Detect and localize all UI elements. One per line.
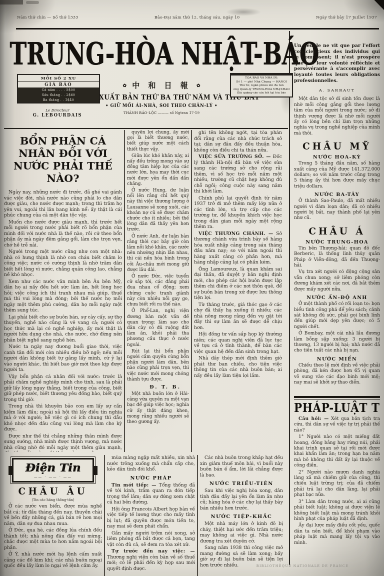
news-paragraph: Chiếu theo lệ mới định về việc phải phòn… <box>294 363 380 386</box>
publication-schedule: XUẤT BẢN THỨ BA THỨ NĂM VÀ THỨ BẢY <box>99 94 224 102</box>
newspaper-page: Năm thứ chín — Số thứ 1333 Bảo-Đại năm t… <box>0 0 384 576</box>
column-rule <box>191 130 192 452</box>
country-subhead-china: NƯỚC TRUNG-HOA <box>294 239 380 245</box>
news-column-2-after: Một nhà buôn lớn ở Hải-cảng vừa quyên ra… <box>127 391 189 425</box>
lunar-date: Bảo-Đại năm thứ 12, tháng sáu, ngày 10 <box>155 15 240 20</box>
lead-paragraph: Vậy bổn phận cá nhân đối với nước: trước… <box>4 374 122 403</box>
run-in-heading: VIỆC SỬA TRƯỜNG SỞ. — <box>199 154 271 160</box>
country-subhead-brazil: NƯỚC BA-TÂY <box>294 192 380 198</box>
sidebar-divider-rule <box>289 31 290 565</box>
column-rule <box>197 455 198 576</box>
edition-number: Năm thứ chín — Số thứ 1333 <box>17 15 78 20</box>
epigraph-signature: A. SARRAUT <box>294 88 380 93</box>
news-paragraph: VIỆC THƯƠNG CHÁNH. — Sở thương chánh vừa… <box>194 231 282 266</box>
news-paragraph: Hội ông Francois Albert họp bàn về việc … <box>107 506 195 529</box>
telegram-box-label: Điện Tin <box>14 461 93 475</box>
news-paragraph: Một nhà buôn lớn ở Hải-cảng vừa quyên ra… <box>127 391 189 425</box>
news-paragraph: Tin mới tiếp: — Tổng thống đã về tới kin… <box>107 482 195 505</box>
news-paragraph: ghi tên không ngớt, tại tòa phán đổi rằn… <box>194 130 282 153</box>
law-clause: Ấy đại lược mấy điều cốt yếu, quốc dân t… <box>294 523 380 546</box>
office-box-row: Giá quảng-cáo xin hỏi tại tòa báo <box>232 92 291 96</box>
law-heading: PHÁP-LUẬT TỰ TRỊ <box>294 401 380 415</box>
news-paragraph: Trong 5 tháng đầu năm, số hàng xuất cảng… <box>294 161 380 190</box>
news-paragraph: quyền lợi chung, ấy mới gọi là biết thươ… <box>127 130 189 152</box>
epigraph-translation: Một dân tộc sở dĩ sinh tồn được là nhờ m… <box>294 97 380 137</box>
lower-columns: Điện Tin —— · —— · —— CHÂU ÂU (Tin các h… <box>4 455 288 576</box>
country-subhead-burma: NƯỚC MIẾN <box>294 356 380 362</box>
lead-article-column: BỔN PHẬN CÁ NHÂN ĐỐI VỚI NƯỚC PHẢI THẾ N… <box>4 130 122 452</box>
news-paragraph: Ở các nước ven biển, được mùa nghề bắt c… <box>4 504 102 527</box>
news-paragraph-text: Đốc lý thành Hà-nội đã bàn về việc sửa s… <box>194 154 282 194</box>
country-subhead-czechoslovakia: NƯỚC TIỆP-KHẮC <box>200 514 283 520</box>
section-heading-asia: CHÂU Á <box>294 226 380 237</box>
news-paragraph-text: Hội đồng tư vấn sắp họp kỳ thường niên; … <box>194 332 282 355</box>
law-clauses: 1° Người nào có một miếng đất hoang, đồn… <box>294 435 380 546</box>
europe-note: (Tin các hãng thông-tấn) <box>4 498 102 502</box>
french-epigraph: Un peuple ne vit que par l'effort consci… <box>294 43 380 84</box>
news-paragraph: Từ tháng trước, giá thóc gạo ở các chợ đ… <box>194 302 282 331</box>
news-paragraph: mùa màng ngập mất nhiều, xin nhà nước tr… <box>107 455 195 472</box>
news-paragraph: Ở nước Hung, dư luận nổi lên rằng chỉ hế… <box>127 188 189 233</box>
price-box: MỖI SỐ 2 XU GIÁ BÁO Cả năm . . . . 5$00S… <box>17 74 100 104</box>
rosette-icon: ✿ <box>197 84 201 89</box>
sidebar: Un peuple ne vit que par l'effort consci… <box>294 33 380 576</box>
motto-line: • GIỮ MỐI ÁI-NHÀ, SOI THEO CHÂN-LÝ • <box>99 104 224 109</box>
lead-paragraph: Nước ta ngày nay đương buổi giao thời, v… <box>4 344 122 373</box>
lead-paragraph: Ngày nay, những nước đi trước, đã ghé va… <box>4 190 122 219</box>
burma-body: Chiếu theo lệ mới định về việc phải phòn… <box>294 363 380 386</box>
director-block: Le Directeur G. LEBOURDAIS <box>17 108 98 118</box>
masthead: TRUNG-HÒA NHẬT-BÁO MỖI SỐ 2 XU GIÁ BÁO C… <box>4 32 288 129</box>
czech-body: Một nhà máy lớn ở kinh đô bị cháy, thiệt… <box>200 521 283 568</box>
run-in-heading: Tin mới tiếp: — <box>112 482 157 488</box>
law-rule-thin <box>294 399 380 400</box>
law-intro: Câu hỏi: — Xét qua bản tịch tra cứu, thì… <box>294 417 380 434</box>
news-paragraph: Chính phủ lại quyết định từ năm 1937 trở… <box>194 195 282 230</box>
scan-artifact-corner <box>369 0 384 10</box>
scan-artifact-top-left-2 <box>26 1 39 4</box>
news-paragraph: Ở Đức, qua hè, các đồng lúa chính đều th… <box>4 528 102 551</box>
article-signature: Đ. T. B. <box>127 384 189 390</box>
brazil-body: Ở thành Sao-Paulo, đã mất nhiều người vì… <box>294 199 380 222</box>
france-body: Tin mới tiếp: — Tổng thống đã về tới kin… <box>107 482 195 571</box>
header-rule <box>16 28 379 30</box>
lead-headline-line2: NƯỚC PHẢI THẾ NÀO? <box>5 160 121 185</box>
news-paragraph: Hội đồng tư vấn sắp họp kỳ thường niên; … <box>194 332 282 355</box>
telegrams-column: Điện Tin —— · —— · —— CHÂU ÂU (Tin các h… <box>4 455 102 576</box>
telegram-box: Điện Tin —— · —— · —— <box>12 458 94 483</box>
newspaper-scan: Năm thứ chín — Số thứ 1333 Bảo-Đại năm t… <box>0 0 384 576</box>
lead-paragraph: Xem như các nước văn minh bên Âu bên Mỹ,… <box>4 279 122 314</box>
news-paragraph-text: Từ tháng trước, giá thóc gạo ở các chợ đ… <box>194 302 282 331</box>
news-paragraph: Ông Lamoureux, là quan khâm sai đại thần… <box>194 266 282 301</box>
address-line: THÀNH BÁO-LỘC ——— số Ngtran 17-19 <box>99 111 224 116</box>
newspaper-title: TRUNG-HÒA NHẬT-BÁO <box>10 36 283 72</box>
price-rows: Cả năm . . . . 5$00Sáu tháng . . 2$60Ba … <box>18 88 99 103</box>
news-paragraph: Sau khi việc nghị hòa xong, dân tình đâu… <box>200 488 283 511</box>
telegram-box-ornament: —— · —— · —— <box>14 475 93 479</box>
law-rule-thick <box>294 396 380 398</box>
run-in-heading: Tự trước đến nay việc: — <box>112 549 196 555</box>
law-question-label: Câu hỏi: — <box>299 417 329 422</box>
lead-article-body: Ngày nay, những nước đi trước, đã ghé va… <box>4 190 122 453</box>
masthead-center: ✿ 中 和 日 報 ✿ XUẤT BẢN THỨ BA THỨ NĂM VÀ T… <box>99 80 224 115</box>
price-row: Ba tháng . . 1$40 <box>18 98 99 103</box>
law-clause: 3° Làm dân trong nước, ai ai cũng phải b… <box>294 499 380 522</box>
chinese-title-text: 中 和 日 報 <box>132 81 191 90</box>
section-heading-europe: CHÂU ÂU <box>4 487 102 498</box>
upper-columns: BỔN PHẬN CÁ NHÂN ĐỐI VỚI NƯỚC PHẢI THẾ N… <box>4 130 288 452</box>
lead-paragraph: Lại phải biết cho sự buôn bán, sự cày cấ… <box>4 314 122 343</box>
country-subhead-france: NƯỚC PHÁP <box>107 475 195 481</box>
office-box: TÒA BÁO VÀ NHÀ IN:Số 1 — phố Nhà Chung —… <box>230 73 293 97</box>
lead-paragraph: Được như thế thì chẳng những thân mình đ… <box>4 433 122 452</box>
news-paragraph: Ở Phổ-Lan, nghị viện đương bàn một vấn đ… <box>127 309 189 348</box>
news-paragraph: Ở Bombay, một cái nhà lầu đương làm bỗng… <box>294 331 380 354</box>
news-paragraph: Gần mấy người trộm nói xong, sở liêm phó… <box>107 530 195 547</box>
director-name: G. LEBOURDAIS <box>17 113 98 118</box>
usa-body: Trong 5 tháng đầu năm, số hàng xuất cảng… <box>294 161 380 190</box>
news-paragraph-text: Hội ông Francois Albert họp bàn về việc … <box>107 506 195 529</box>
news-paragraph-text: Gần mấy người trộm nói xong, sở liêm phó… <box>107 530 195 547</box>
news-paragraph: Tin bên Thượng-hải: quan đô đốc Berberic… <box>294 246 380 269</box>
news-paragraph-text: Thương nghị viện còn bàn về số thuế mới;… <box>107 554 195 571</box>
india-body: Ở một thành phố có rối loạn to: bọn biểu… <box>294 302 380 354</box>
news-column-2-body: quyền lợi chung, ấy mới gọi là biết thươ… <box>127 130 189 382</box>
news-paragraph-text: Chính phủ lại quyết định từ năm 1937 trở… <box>194 195 282 229</box>
news-paragraph: VIỆC SỬA TRƯỜNG SỞ. — Đốc lý thành Hà-nộ… <box>194 154 282 194</box>
lead-headline-line1: BỔN PHẬN CÁ NHÂN ĐỐI VỚI <box>5 135 121 160</box>
news-paragraph: Ở một thành phố có rối loạn to: bọn biểu… <box>294 302 380 331</box>
rosette-icon: ✿ <box>123 84 127 89</box>
law-clause: 1° Người nào có một miếng đất hoang, đồn… <box>294 435 380 469</box>
ornament-right-icon <box>93 466 98 475</box>
chinese-title: ✿ 中 和 日 報 ✿ <box>99 80 224 91</box>
country-subhead-korea: NƯỚC TRIỀU-TIÊN <box>200 481 283 487</box>
law-clause: 2° Người nào mượn danh nghĩa làng xã mà … <box>294 470 380 499</box>
column-rule <box>124 130 125 452</box>
lead-paragraph: Trong nhà thì khuyên bảo con em lấy sự c… <box>4 404 122 433</box>
country-subhead-india: NƯỚC ẤN-ĐỘ ANH <box>294 295 380 301</box>
news-paragraph: Tự trước đến nay việc: — Thương nghị việ… <box>107 549 195 572</box>
run-in-heading: VIỆC THƯƠNG CHÁNH. — <box>199 231 274 237</box>
lead-headline: BỔN PHẬN CÁ NHÂN ĐỐI VỚI NƯỚC PHẢI THẾ N… <box>4 130 122 190</box>
news-paragraph: Nhà dây thép mới định thêm giờ phát thư … <box>194 356 282 379</box>
gregorian-date: Ngày thứ bảy 17 Juillet 1937 <box>316 15 377 20</box>
news-paragraph: Ở Ý, nhà nước mới hạ lệnh cấm xuất cảng … <box>4 552 102 569</box>
france-column: mùa màng ngập mất nhiều, xin nhà nước tr… <box>107 455 195 576</box>
news-paragraph: Một nhà máy lớn ở kinh đô bị cháy, thiệt… <box>200 521 283 544</box>
column-rule <box>104 455 105 576</box>
ornament-left-icon <box>9 466 14 475</box>
lead-paragraph: Muốn cho nước được giàu mạnh, thì trước … <box>4 219 122 248</box>
news-paragraph: Vụ tra xét người có động cộng sản vẫn ch… <box>294 270 380 293</box>
news-paragraph: Ở nước Đức, việc tuyển cử sắp tới, các đ… <box>127 274 189 308</box>
country-subhead-usa: NƯỚC HOA-KỲ <box>294 155 380 161</box>
china-body: Tin bên Thượng-hải: quan đô đốc Berberic… <box>294 246 380 293</box>
news-column-3-body: ghi tên không ngớt, tại tòa phán đổi rằn… <box>194 130 282 379</box>
main-zone: TRUNG-HÒA NHẬT-BÁO MỖI SỐ 2 XU GIÁ BÁO C… <box>4 32 288 576</box>
edition-line: Năm thứ chín — Số thứ 1333 Bảo-Đại năm t… <box>17 15 377 20</box>
misc-country-column: Các nhà buôn trong khắp hạt đều xin giảm… <box>200 455 283 576</box>
news-paragraph-text: Sở thương chánh vừa trình bày số hàng hó… <box>194 231 282 265</box>
news-paragraph: Giữa lúc khó khăn này, ai nấy đều trông … <box>127 153 189 187</box>
news-paragraph: Các nhà buôn trong khắp hạt đều xin giảm… <box>200 455 283 478</box>
news-paragraph: Ở nước Anh, dư luận bàn rằng thời cục bâ… <box>127 234 189 273</box>
footer-credit: BIBLIOTHÈQUE NATIONALE DE FRANCE <box>220 564 384 568</box>
news-column-3: ghi tên không ngớt, tại tòa phán đổi rằn… <box>194 130 282 452</box>
news-paragraph-text: Ông Lamoureux, là quan khâm sai đại thần… <box>194 266 282 300</box>
news-paragraph: Ở thành Sao-Paulo, đã mất nhiều người vì… <box>294 199 380 222</box>
section-heading-america: CHÂU MỸ <box>294 142 380 153</box>
scan-artifact-top-left <box>0 0 23 5</box>
law-section: PHÁP-LUẬT TỰ TRỊ Câu hỏi: — Xét qua bản … <box>294 396 380 547</box>
news-paragraph-text: Nhà dây thép mới định thêm giờ phát thư … <box>194 356 282 379</box>
europe-body: Ở các nước ven biển, được mùa nghề bắt c… <box>4 504 102 569</box>
news-column-2: quyền lợi chung, ấy mới gọi là biết thươ… <box>127 130 189 452</box>
lead-paragraph: Người trong một nước cũng như con một nh… <box>4 249 122 278</box>
news-paragraph: Rút lại thì bổn phận người cầm quyền cùn… <box>127 349 189 383</box>
news-paragraph-text: ghi tên không ngớt, tại tòa phán đổi rằn… <box>194 130 282 153</box>
korea-body: Sau khi việc nghị hòa xong, dân tình đâu… <box>200 488 283 511</box>
